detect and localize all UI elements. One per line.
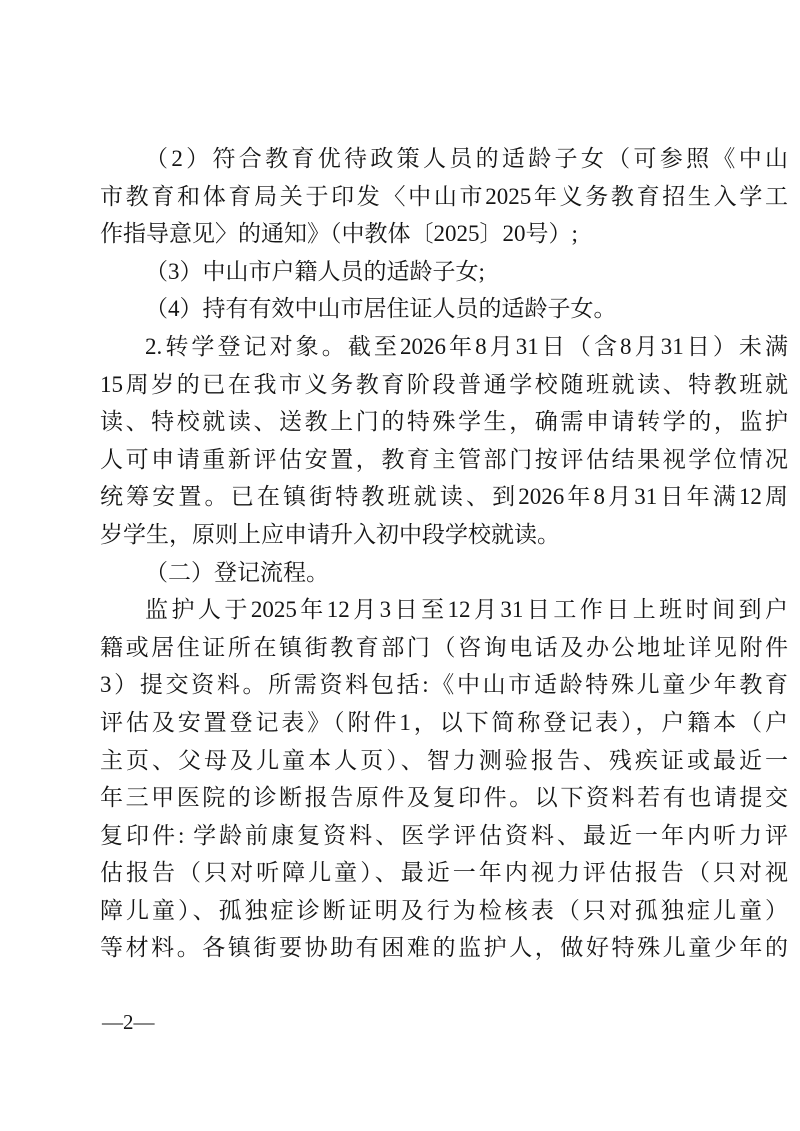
document-line: 等材料。各镇街要协助有困难的监护人，做好特殊儿童少年的 — [100, 929, 788, 967]
document-line: 估报告（只对听障儿童）、最近一年内视力评估报告（只对视 — [100, 854, 788, 892]
document-line: 评估及安置登记表》（附件1，以下简称登记表），户籍本（户 — [100, 704, 788, 742]
document-line: 障儿童）、孤独症诊断证明及行为检核表（只对孤独症儿童） — [100, 892, 788, 930]
document-line: 市教育和体育局关于印发〈中山市2025年义务教育招生入学工 — [100, 178, 788, 216]
document-line: 15周岁的已在我市义务教育阶段普通学校随班就读、特教班就 — [100, 366, 788, 404]
page-number: —2— — [102, 1008, 155, 1036]
document-line: 2.转学登记对象。截至2026年8月31日（含8月31日）未满 — [100, 328, 788, 366]
document-line: （2）符合教育优待政策人员的适龄子女（可参照《中山 — [100, 140, 788, 178]
document-line: 年三甲医院的诊断报告原件及复印件。以下资料若有也请提交 — [100, 779, 788, 817]
document-line: 籍或居住证所在镇街教育部门（咨询电话及办公地址详见附件 — [100, 629, 788, 667]
document-line: 3）提交资料。所需资料包括:《中山市适龄特殊儿童少年教育 — [100, 666, 788, 704]
document-page: （2）符合教育优待政策人员的适龄子女（可参照《中山 市教育和体育局关于印发〈中山… — [0, 0, 800, 1131]
document-body: （2）符合教育优待政策人员的适龄子女（可参照《中山 市教育和体育局关于印发〈中山… — [100, 140, 788, 967]
document-line: 读、特校就读、送教上门的特殊学生，确需申请转学的，监护 — [100, 403, 788, 441]
document-line: （3）中山市户籍人员的适龄子女; — [100, 253, 788, 291]
document-line: （4）持有有效中山市居住证人员的适龄子女。 — [100, 290, 788, 328]
document-line: 岁学生，原则上应申请升入初中段学校就读。 — [100, 516, 788, 554]
document-section-heading: （二）登记流程。 — [100, 554, 788, 592]
document-line: 监护人于2025年12月3日至12月31日工作日上班时间到户 — [100, 591, 788, 629]
document-line: 作指导意见〉的通知》（中教体〔2025〕20号）; — [100, 215, 788, 253]
document-line: 主页、父母及儿童本人页）、智力测验报告、残疾证或最近一 — [100, 742, 788, 780]
document-line: 统筹安置。已在镇街特教班就读、到2026年8月31日年满12周 — [100, 478, 788, 516]
document-line: 人可申请重新评估安置，教育主管部门按评估结果视学位情况 — [100, 441, 788, 479]
document-line: 复印件: 学龄前康复资料、医学评估资料、最近一年内听力评 — [100, 817, 788, 855]
